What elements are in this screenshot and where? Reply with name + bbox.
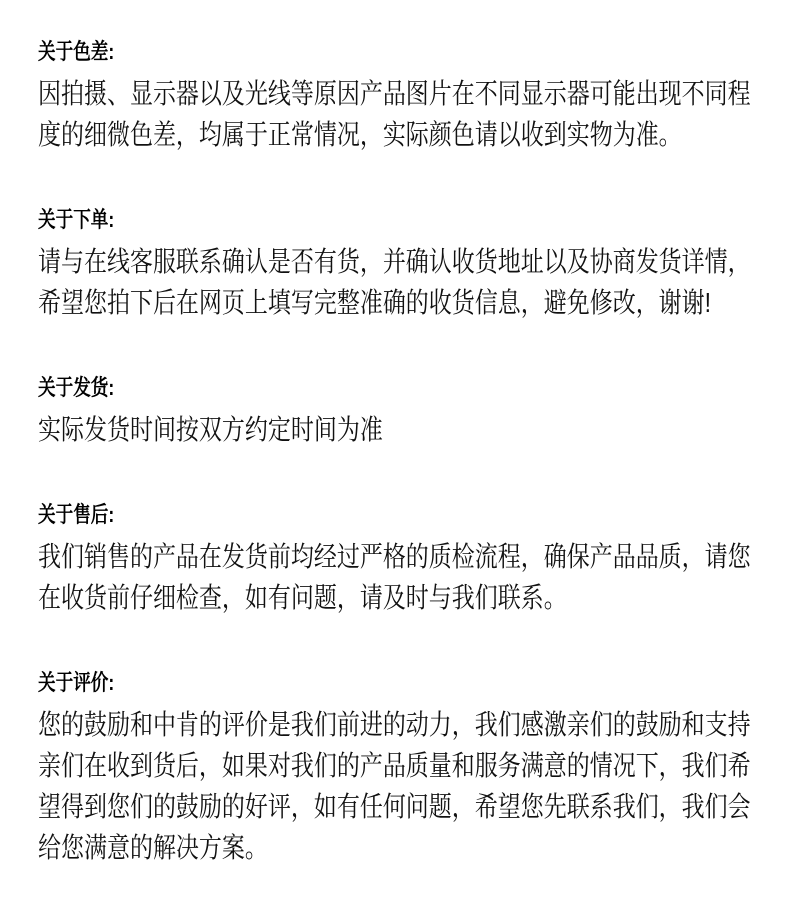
section-color-difference: 关于色差: 因拍摄、显示器以及光线等原因产品图片在不同显示器可能出现不同程 度的… <box>38 37 752 155</box>
section-text-line: 您的鼓励和中肯的评价是我们前进的动力，我们感激亲们的鼓励和支持 <box>38 704 624 745</box>
section-text-line: 度的细微色差，均属于正常情况，实际颜色请以收到实物为准。 <box>38 114 624 155</box>
section-text-line: 望得到您们的鼓励的好评，如有任何问题，希望您先联系我们，我们会 <box>38 786 624 827</box>
section-text-line: 请与在线客服联系确认是否有货，并确认收货地址以及协商发货详情， <box>38 241 624 282</box>
section-heading: 关于售后: <box>38 500 609 530</box>
section-text-line: 给您满意的解决方案。 <box>38 827 624 868</box>
section-ordering: 关于下单: 请与在线客服联系确认是否有货，并确认收货地址以及协商发货详情， 希望… <box>38 205 752 323</box>
section-text-line: 我们销售的产品在发货前均经过严格的质检流程，确保产品品质，请您 <box>38 536 624 577</box>
section-text-line: 亲们在收到货后，如果对我们的产品质量和服务满意的情况下，我们希 <box>38 745 624 786</box>
section-text-line: 因拍摄、显示器以及光线等原因产品图片在不同显示器可能出现不同程 <box>38 73 624 114</box>
product-notice-page: 关于色差: 因拍摄、显示器以及光线等原因产品图片在不同显示器可能出现不同程 度的… <box>0 0 790 903</box>
section-text-line: 在收货前仔细检查，如有问题，请及时与我们联系。 <box>38 577 624 618</box>
section-heading: 关于发货: <box>38 373 609 403</box>
section-text-line: 希望您拍下后在网页上填写完整准确的收货信息，避免修改，谢谢! <box>38 282 624 323</box>
section-heading: 关于色差: <box>38 37 609 67</box>
section-reviews: 关于评价: 您的鼓励和中肯的评价是我们前进的动力，我们感激亲们的鼓励和支持 亲们… <box>38 668 752 868</box>
section-heading: 关于下单: <box>38 205 609 235</box>
section-after-sales: 关于售后: 我们销售的产品在发货前均经过严格的质检流程，确保产品品质，请您 在收… <box>38 500 752 618</box>
section-shipping: 关于发货: 实际发货时间按双方约定时间为准 <box>38 373 752 450</box>
section-heading: 关于评价: <box>38 668 609 698</box>
section-text-line: 实际发货时间按双方约定时间为准 <box>38 409 624 450</box>
